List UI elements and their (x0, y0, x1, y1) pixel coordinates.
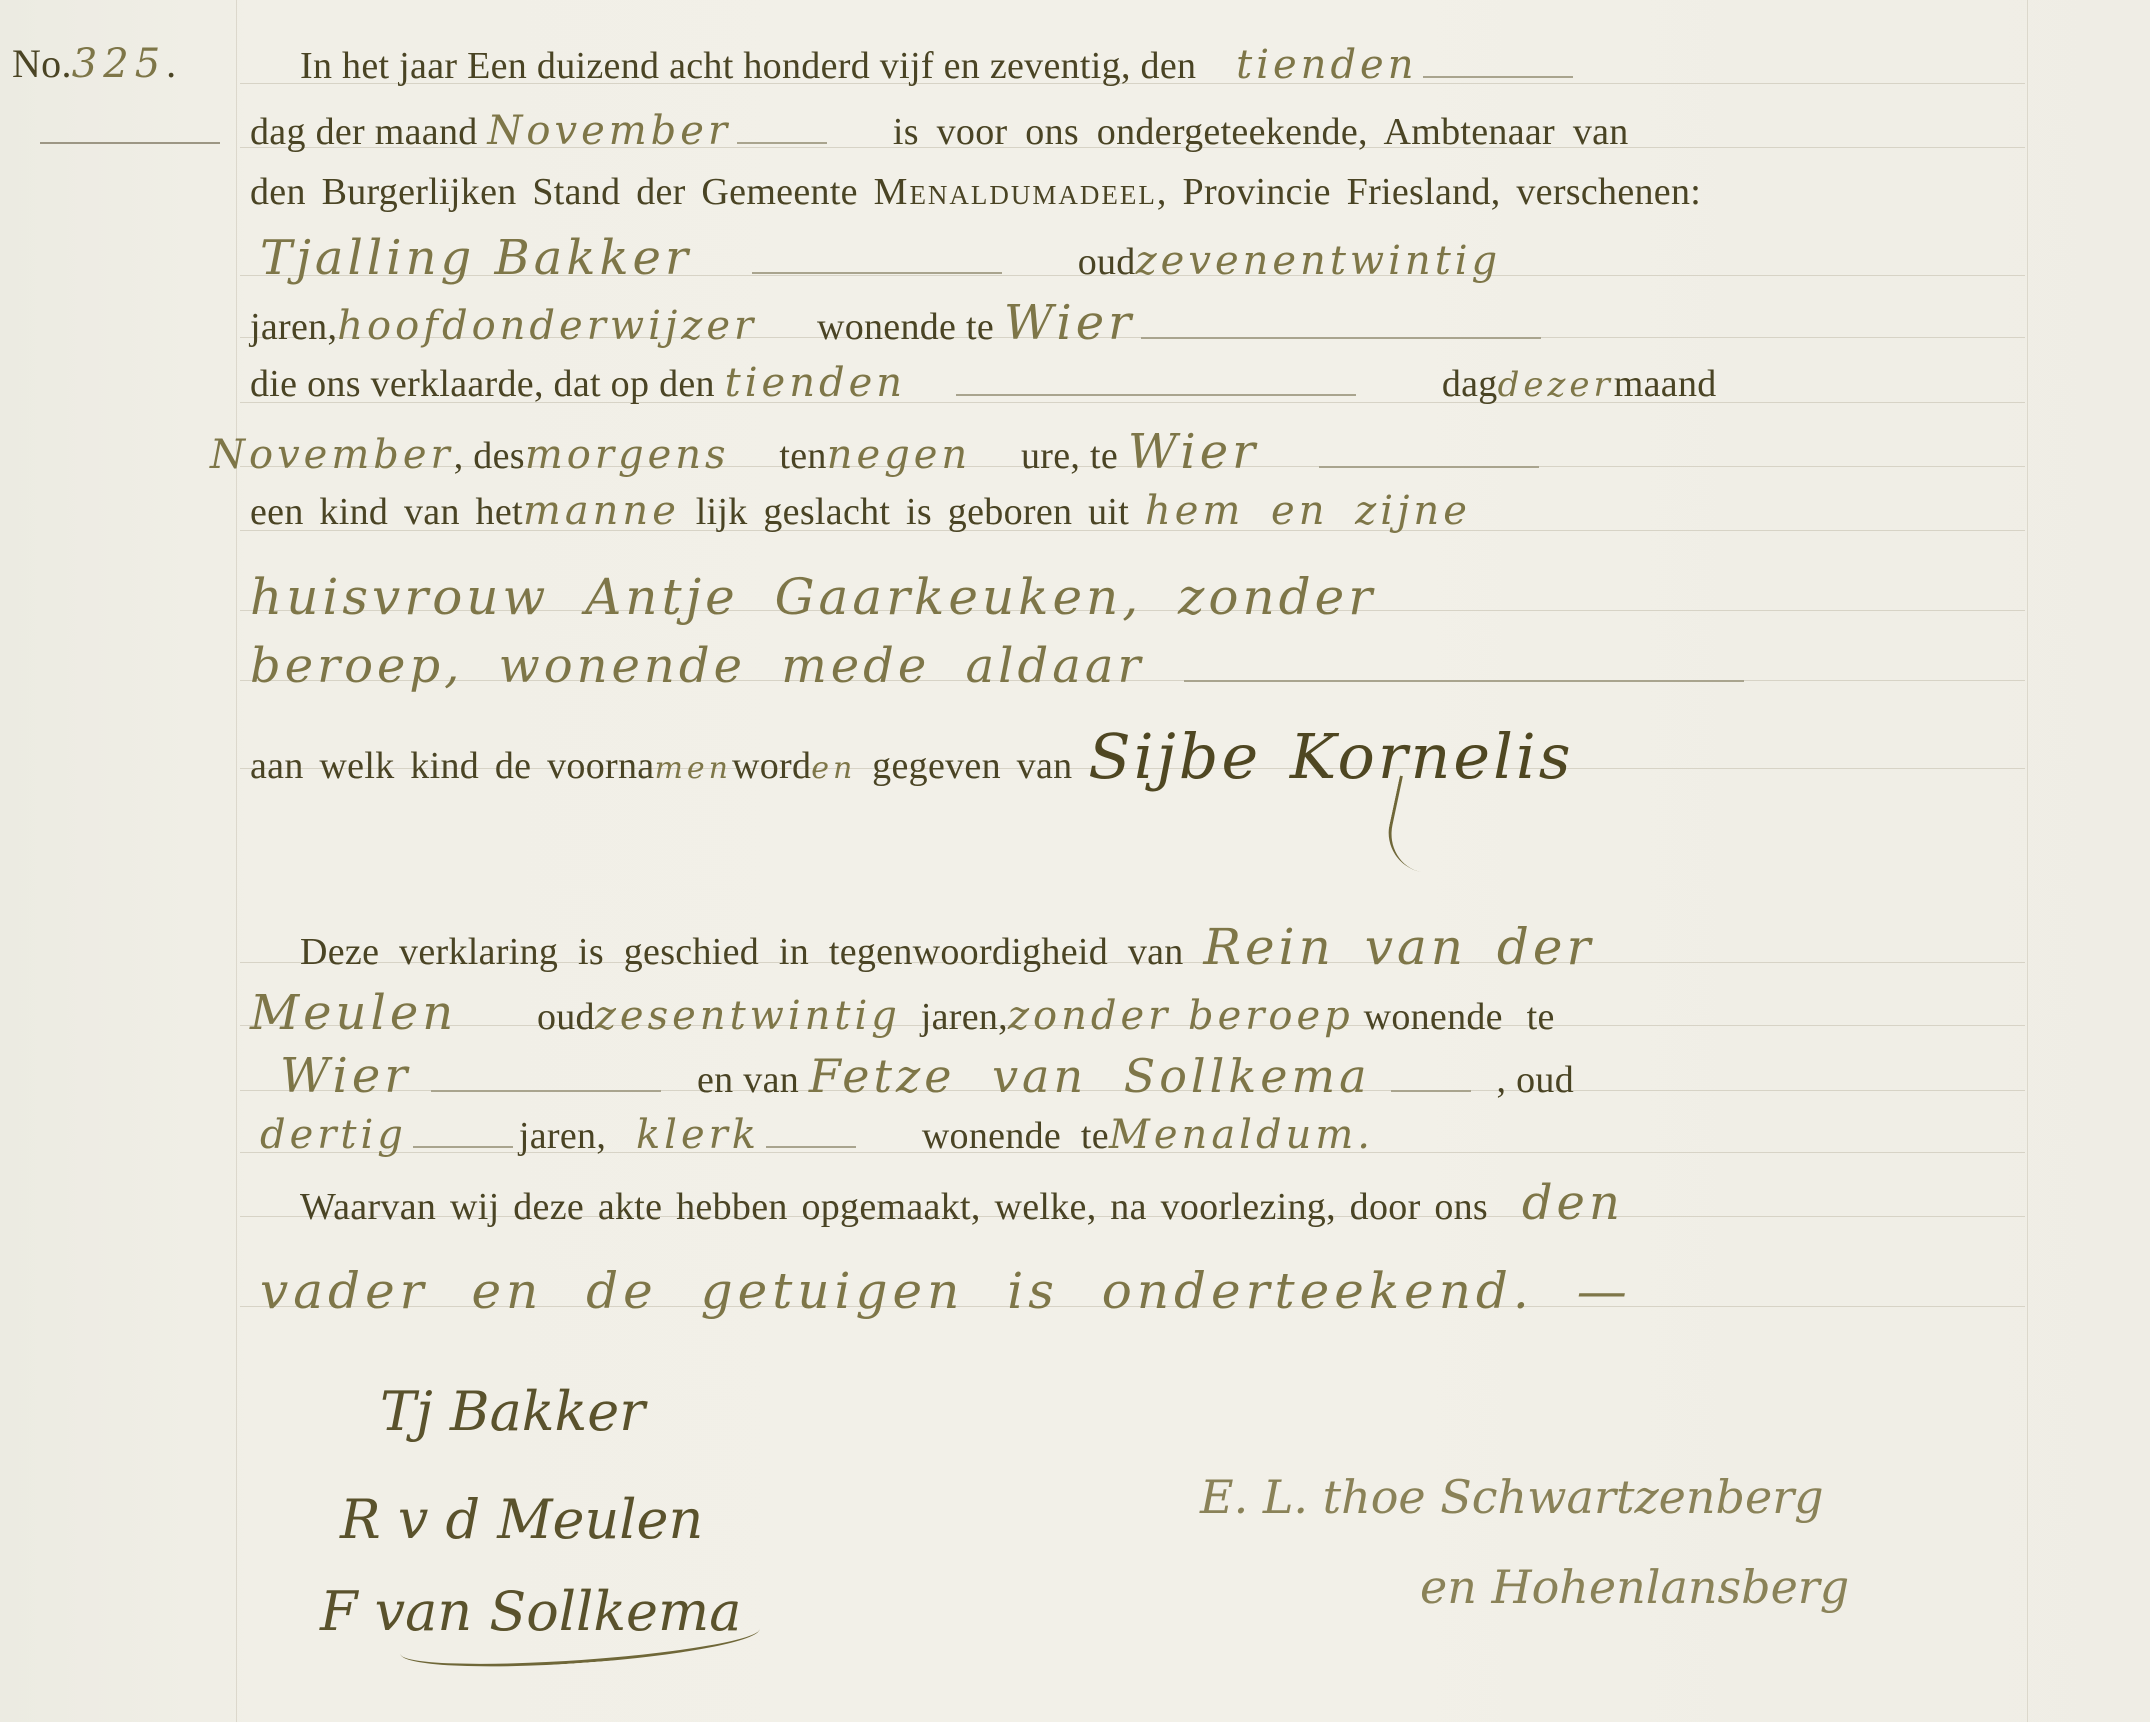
printed-text: jaren, (250, 306, 337, 348)
text-line-5: jaren,hoofdonderwijzer wonende te Wier (250, 295, 1547, 351)
handwritten-occupation: hoofdonderwijzer (337, 303, 757, 349)
handwritten-child-name: Sijbe Kornelis (1088, 720, 1573, 793)
fill-line (413, 1146, 513, 1148)
printed-text: die ons verklaarde, dat op den (250, 363, 715, 405)
fill-line (766, 1146, 856, 1148)
printed-text: word (732, 745, 811, 787)
signature-registrar-line1: E. L. thoe Schwartzenberg (1200, 1470, 1824, 1524)
text-line-16: Waarvan wij deze akte hebben opgemaakt, … (300, 1175, 1624, 1231)
fill-line (752, 272, 1002, 274)
printed-text: dag der maand (250, 111, 478, 153)
handwritten-closing: vader en de getuigen is onderteekend. — (260, 1262, 1632, 1320)
printed-text: oud (1078, 241, 1136, 283)
handwritten-text: men (654, 751, 732, 786)
signature-registrar-line2: en Hohenlansberg (1420, 1560, 1849, 1614)
handwritten-witness1-occupation: zonder beroep (1008, 993, 1354, 1039)
printed-text: wonende te (1364, 996, 1555, 1038)
text-line-8: een kind van hetmanne lijk geslacht is g… (250, 488, 1471, 534)
printed-text: aan welk kind de voorna (250, 745, 654, 787)
text-line-6: die ons verklaarde, dat op den tienden d… (250, 360, 1717, 406)
handwritten-text: dezer (1498, 365, 1614, 405)
text-line-9: huisvrouw Antje Gaarkeuken, zonder (250, 568, 1376, 626)
text-line-2: dag der maand November is voor ons onder… (250, 108, 1629, 154)
handwritten-day: tienden (1236, 42, 1417, 88)
register-page: No.325. In het jaar Een duizend acht hon… (0, 0, 2150, 1722)
entry-number-value: 325 (72, 41, 166, 87)
printed-text: jaren, (921, 996, 1008, 1038)
printed-text: In het jaar Een duizend acht honderd vij… (300, 45, 1196, 87)
printed-text: wonende te (922, 1115, 1109, 1157)
fill-line (1423, 76, 1573, 78)
printed-text: maand (1614, 363, 1717, 405)
printed-text: Waarvan wij deze akte hebben opgemaakt, … (300, 1186, 1488, 1228)
left-margin-rule (236, 0, 237, 1722)
printed-text: wonende te (817, 306, 994, 348)
handwritten-birth-month: November (210, 432, 454, 478)
handwritten-witness1-surname: Meulen (250, 985, 457, 1041)
text-line-12: Deze verklaring is geschied in tegenwoor… (300, 918, 1594, 976)
text-line-14: Wier en van Fetze van Sollkema, oud (280, 1048, 1574, 1104)
handwritten-month: November (487, 108, 731, 154)
printed-text: is voor ons ondergeteekende, Ambtenaar v… (893, 111, 1629, 153)
handwritten-witness2-name: Fetze van Sollkema (809, 1049, 1371, 1103)
fill-line (1141, 337, 1541, 339)
handwritten-witness2-residence: Menaldum. (1109, 1112, 1374, 1158)
text-line-11: aan welk kind de voornamenworden gegeven… (250, 720, 1574, 793)
handwritten-mother: huisvrouw Antje Gaarkeuken, zonder (250, 568, 1376, 626)
handwritten-time-of-day: morgens (525, 432, 730, 478)
printed-text: dag (1442, 363, 1498, 405)
printed-text: jaren, (519, 1115, 606, 1157)
handwritten-birth-day: tienden (725, 360, 906, 406)
printed-text: Deze verklaring is geschied in tegenwoor… (300, 931, 1184, 973)
handwritten-text: beroep, wonende mede aldaar (250, 638, 1144, 694)
municipality-name: Menaldumadeel (874, 171, 1157, 213)
handwritten-witness2-age: dertig (260, 1112, 407, 1158)
printed-text: , Provincie Friesland, verschenen: (1157, 171, 1701, 213)
handwritten-witness1-residence: Wier (280, 1048, 411, 1104)
handwritten-gender: manne (523, 488, 680, 534)
handwritten-witness1-age: zesentwintig (595, 993, 901, 1039)
printed-text: lijk geslacht is geboren uit (696, 491, 1129, 533)
printed-text: gegeven van (872, 745, 1072, 787)
right-margin-rule (2027, 0, 2028, 1722)
fill-line (1184, 680, 1744, 682)
printed-text: en van (697, 1059, 799, 1101)
handwritten-text: en (811, 751, 856, 786)
fill-line (956, 394, 1356, 396)
handwritten-hour: negen (827, 432, 971, 478)
handwritten-witness2-occupation: klerk (636, 1112, 760, 1158)
fill-line (1319, 466, 1539, 468)
text-line-10: beroep, wonende mede aldaar (250, 638, 1750, 694)
handwritten-age: zevenentwintig (1136, 238, 1502, 284)
printed-text: ten (779, 435, 826, 477)
text-line-15: dertigjaren, klerk wonende teMenaldum. (260, 1112, 1374, 1158)
printed-text: , oud (1497, 1059, 1575, 1101)
signature-witness1: R v d Meulen (340, 1488, 703, 1551)
printed-text: oud (537, 996, 595, 1038)
handwritten-declarant-name: Tjalling Bakker (260, 230, 692, 286)
handwritten-text: den (1522, 1175, 1624, 1231)
handwritten-residence: Wier (1004, 295, 1135, 351)
handwritten-birth-place: Wier (1128, 424, 1259, 480)
printed-text: den Burgerlijken Stand der Gemeente (250, 171, 858, 213)
fill-line (1391, 1090, 1471, 1092)
fill-line (431, 1090, 661, 1092)
handwritten-text: hem en zijne (1145, 488, 1471, 534)
handwritten-witness1-name: Rein van der (1203, 918, 1594, 976)
margin-dash (40, 142, 220, 144)
fill-line (737, 142, 827, 144)
entry-number: No.325. (12, 40, 176, 87)
text-line-17: vader en de getuigen is onderteekend. — (260, 1262, 1632, 1320)
text-line-13: Meulen oudzesentwintig jaren,zonder bero… (250, 985, 1555, 1041)
printed-text: een kind van het (250, 491, 523, 533)
signature-father: Tj Bakker (380, 1380, 645, 1443)
text-line-4: Tjalling Bakker oudzevenentwintig (260, 230, 1501, 286)
text-line-1: In het jaar Een duizend acht honderd vij… (300, 42, 1579, 88)
printed-text: ure, te (1021, 435, 1118, 477)
text-line-3: den Burgerlijken Stand der Gemeente Mena… (250, 170, 1701, 214)
text-line-7: November, desmorgens tennegen ure, te Wi… (210, 424, 1545, 480)
entry-number-label: No. (12, 41, 72, 86)
printed-text: , des (454, 435, 525, 477)
